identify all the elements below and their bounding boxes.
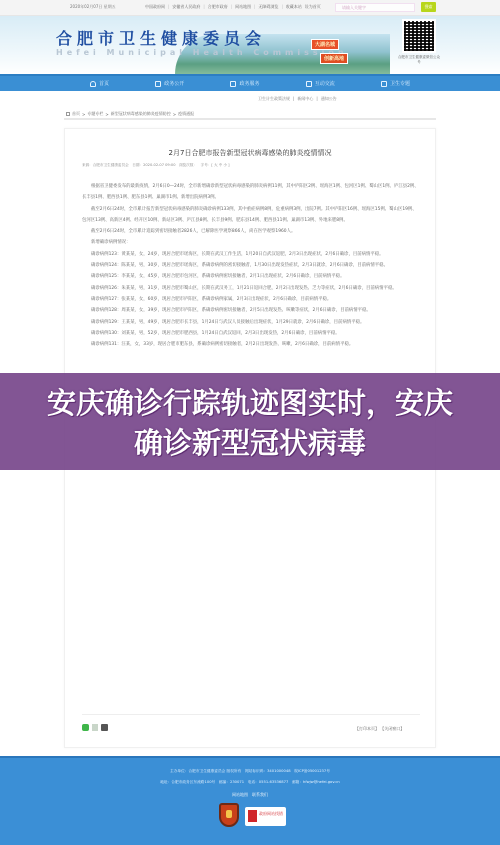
breadcrumb-item[interactable]: 首页 bbox=[72, 111, 80, 117]
sub-links: 卫生计生政策法规| 新闻中心| 通知公告 bbox=[258, 96, 337, 102]
emblem-icon bbox=[226, 810, 232, 818]
main-nav: 首页 政务公开 政务服务 互动交流 卫生专题 bbox=[0, 74, 500, 91]
print-close-links[interactable]: 【打印本页】 【关闭窗口】 bbox=[355, 726, 404, 732]
paragraph: 确诊病例126：朱某某，男，31岁，现居合肥市蜀山区，长期在武汉务工，1月21日… bbox=[82, 283, 420, 294]
home-icon bbox=[90, 81, 96, 87]
top-link-gov[interactable]: 中国政府网 bbox=[145, 4, 165, 10]
nav-label: 卫生专题 bbox=[390, 80, 410, 87]
site-logo-title[interactable]: 合肥市卫生健康委员会 bbox=[56, 26, 266, 49]
error-report-label: 政府网站找错 bbox=[259, 811, 283, 816]
top-link-accessibility[interactable]: 无障碍浏览 bbox=[258, 4, 278, 10]
divider bbox=[64, 118, 436, 120]
overlay-banner: 安庆确诊行踪轨迹图实时，安庆确诊新型冠状病毒 bbox=[0, 373, 500, 470]
breadcrumb-item[interactable]: 新型冠状病毒感染的肺炎疫情防控 bbox=[111, 111, 171, 117]
qr-code-icon bbox=[402, 19, 436, 53]
overlay-title: 安庆确诊行踪轨迹图实时，安庆确诊新型冠状病毒 bbox=[0, 383, 500, 463]
flag-icon bbox=[248, 810, 257, 822]
nav-item-home[interactable]: 首页 bbox=[90, 80, 109, 87]
search-input[interactable]: 请输入关键字 bbox=[335, 3, 415, 12]
nav-label: 政务公开 bbox=[164, 80, 184, 87]
site-header: 合肥市卫生健康委员会 Hefei Municipal Health Commis… bbox=[0, 16, 500, 74]
paragraph: 确诊病例129：王某某，男，49岁，现居合肥市长丰县，1月24日与武汉人员接触后… bbox=[82, 317, 420, 328]
chat-icon bbox=[306, 81, 312, 87]
error-report-badge[interactable]: 政府网站找错 bbox=[245, 807, 286, 826]
paragraph: 确诊病例128：周某某，女，39岁，现居合肥市庐阳区，系确诊病例密切接触者，2月… bbox=[82, 305, 420, 316]
nav-item-topics[interactable]: 卫生专题 bbox=[381, 80, 410, 87]
paragraph: 截至2月6日24时，全市累计报告新型冠状病毒感染的肺炎确诊病例133例，其中重症… bbox=[82, 204, 420, 227]
divider: | bbox=[231, 4, 232, 10]
paragraph: 确诊病例125：李某某，女，45岁，现居合肥市包河区，系确诊病例密切接触者，2月… bbox=[82, 271, 420, 282]
document-icon bbox=[155, 81, 161, 87]
topic-icon bbox=[381, 81, 387, 87]
footer-copyright: 主办单位：合肥市卫生健康委员会 版权所有 网站标识码：3401000048 皖I… bbox=[0, 769, 500, 774]
qr-caption: 合肥市卫生健康委微信公众号 bbox=[398, 55, 440, 65]
footer-contact: 地址：合肥市政务区东流路100号 邮编：230071 电话：0551-63536… bbox=[0, 780, 500, 785]
nav-label: 首页 bbox=[99, 80, 109, 87]
paragraph: 根据省卫健委发布的最新疫情，2月6日0—24时，全市新增确诊新型冠状病毒感染的肺… bbox=[82, 181, 420, 204]
site-footer: 主办单位：合肥市卫生健康委员会 版权所有 网站标识码：3401000048 皖I… bbox=[0, 756, 500, 845]
party-org-badge-icon[interactable] bbox=[219, 803, 239, 827]
breadcrumb: 首页> 专题专栏> 新型冠状病毒感染的肺炎疫情防控> 疫情通报 bbox=[66, 111, 194, 117]
article-title: 2月7日合肥市报告新型冠状病毒感染的肺炎疫情情况 bbox=[64, 148, 436, 158]
top-link-bookmark[interactable]: 收藏本站 bbox=[286, 4, 302, 10]
divider: | bbox=[254, 4, 255, 10]
slogan-badge-1: 大湖名城 bbox=[311, 39, 339, 50]
paragraph: 确诊病例123：黄某某，女，24岁，现居合肥市瑶海区，长期在武汉工作生活，1月2… bbox=[82, 249, 420, 260]
breadcrumb-item[interactable]: 专题专栏 bbox=[87, 111, 103, 117]
divider: | bbox=[168, 4, 169, 10]
paragraph: 确诊病例127：张某某，女，60岁，现居合肥市庐阳区，系确诊病例家属，2月3日出… bbox=[82, 294, 420, 305]
sub-link-news[interactable]: 新闻中心 bbox=[297, 96, 313, 102]
wechat-icon[interactable] bbox=[82, 724, 89, 731]
top-link-city[interactable]: 合肥市政府 bbox=[208, 4, 228, 10]
sub-link-notices[interactable]: 通知公告 bbox=[321, 96, 337, 102]
paragraph: 确诊病例124：陈某某，男，30岁，现居合肥市瑶海区，系确诊病例的密切接触者，1… bbox=[82, 260, 420, 271]
top-link-sitemap[interactable]: 网站地图 bbox=[235, 4, 251, 10]
paragraph: 确诊病例130：刘某某，男，52岁，现居合肥市肥西县，1月24日自武汉返回，2月… bbox=[82, 328, 420, 339]
top-link-homepage[interactable]: 设为首页 bbox=[305, 4, 321, 10]
top-utility-bar: 2020年02月07日 星期五 中国政府网| 安徽省人民政府| 合肥市政府| 网… bbox=[0, 0, 500, 16]
nav-item-gov-info[interactable]: 政务公开 bbox=[155, 80, 184, 87]
site-logo-subtitle: Hefei Municipal Health Commission bbox=[56, 48, 348, 57]
article-body: 根据省卫健委发布的最新疫情，2月6日0—24时，全市新增确诊新型冠状病毒感染的肺… bbox=[82, 181, 420, 350]
share-bar bbox=[82, 724, 108, 731]
nav-item-interaction[interactable]: 互动交流 bbox=[306, 80, 335, 87]
service-icon bbox=[230, 81, 236, 87]
breadcrumb-separator: > bbox=[82, 112, 85, 117]
nav-label: 互动交流 bbox=[315, 80, 335, 87]
divider bbox=[82, 714, 420, 715]
top-link-province[interactable]: 安徽省人民政府 bbox=[172, 4, 200, 10]
breadcrumb-separator: > bbox=[105, 112, 108, 117]
top-links: 中国政府网| 安徽省人民政府| 合肥市政府| 网站地图| 无障碍浏览| 收藏本站… bbox=[145, 4, 321, 10]
divider: | bbox=[316, 96, 317, 102]
breadcrumb-separator: > bbox=[173, 112, 176, 117]
paragraph: 确诊病例131：汪某，女，33岁，现居合肥市肥东县，系确诊病例密切接触者，2月2… bbox=[82, 339, 420, 350]
paragraph: 新增确诊病例情况： bbox=[82, 237, 420, 248]
current-date: 2020年02月07日 星期五 bbox=[70, 4, 116, 10]
breadcrumb-item[interactable]: 疫情通报 bbox=[178, 111, 194, 117]
paragraph: 截至2月6日24时，全市累计追踪到密切接触者2826人，已解除医学观察866人，… bbox=[82, 226, 420, 237]
slogan-badge-2: 创新高地 bbox=[320, 53, 348, 64]
divider: | bbox=[293, 96, 294, 102]
article-meta: 来源：合肥市卫生健康委员会 日期：2020-02-07 09:00 浏览次数： … bbox=[82, 163, 230, 168]
footer-links[interactable]: 网站地图 联系我们 bbox=[0, 792, 500, 798]
print-icon[interactable] bbox=[101, 724, 108, 731]
nav-label: 政务服务 bbox=[239, 80, 259, 87]
divider: | bbox=[281, 4, 282, 10]
nav-item-services[interactable]: 政务服务 bbox=[230, 80, 259, 87]
sub-link-policy[interactable]: 卫生计生政策法规 bbox=[258, 96, 290, 102]
location-icon bbox=[66, 112, 70, 116]
search-button[interactable]: 搜索 bbox=[421, 2, 436, 12]
weibo-icon[interactable] bbox=[92, 724, 98, 731]
divider: | bbox=[203, 4, 204, 10]
